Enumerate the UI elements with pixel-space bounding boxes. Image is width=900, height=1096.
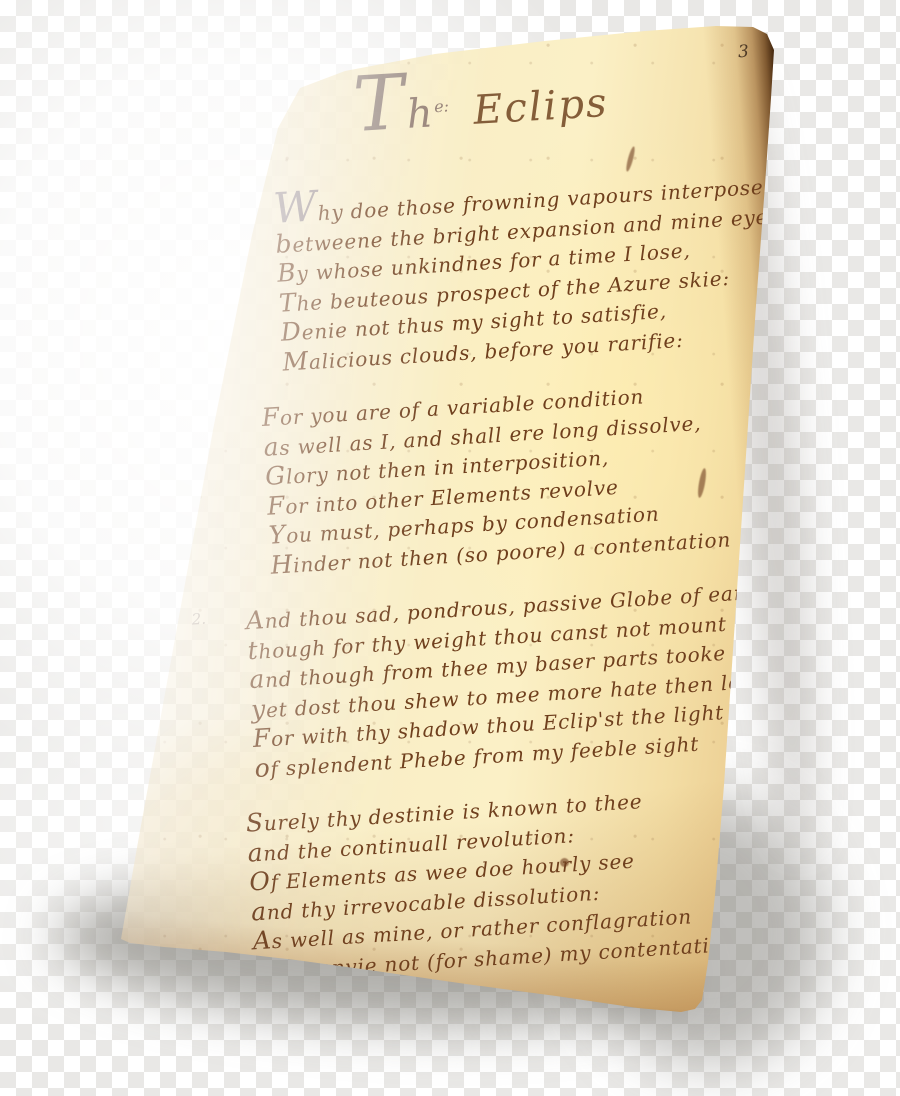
title-word-the: Th — [353, 90, 436, 141]
stanza-1: Why doe those frowning vapours interpose… — [208, 157, 798, 381]
manuscript-image: 3 The:Eclips Why doe those frowning vapo… — [0, 0, 900, 1096]
title-superscript-e: e: — [434, 96, 450, 116]
stanza-number: 2. — [191, 610, 206, 629]
poem-title: The:Eclips — [353, 70, 785, 141]
stanza-2: For you are of a variable condition as w… — [221, 372, 810, 583]
title-word-eclips: Eclips — [472, 80, 610, 134]
